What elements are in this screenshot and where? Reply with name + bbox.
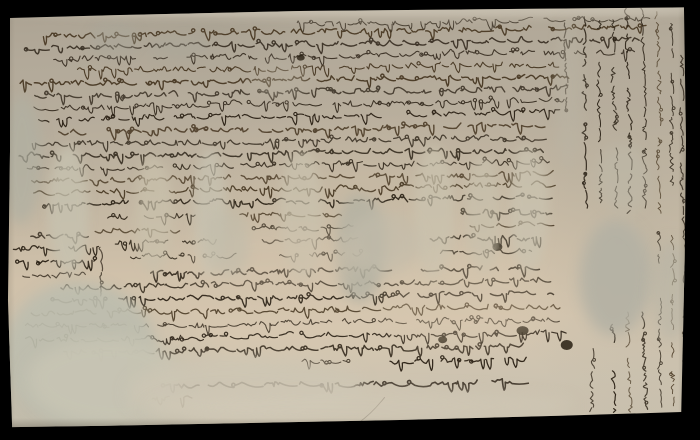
damage-patch: [510, 146, 548, 272]
damage-patch: [90, 20, 140, 58]
damage-layer: [0, 0, 700, 440]
damage-patch: [652, 240, 692, 340]
damage-patch: [48, 146, 88, 274]
damage-patch: [148, 36, 210, 58]
damage-patch: [148, 390, 572, 424]
damage-patch: [136, 156, 172, 274]
damage-patch: [580, 220, 652, 335]
damage-patch: [596, 144, 650, 212]
damage-patch: [205, 210, 249, 276]
damage-patch: [2, 96, 42, 224]
paper-sheet: [6, 7, 686, 428]
damage-patch: [380, 258, 560, 350]
manuscript-photo: [0, 0, 700, 440]
damage-patch: [2, 6, 686, 20]
damage-patch: [556, 20, 582, 170]
damage-patch: [248, 58, 310, 100]
